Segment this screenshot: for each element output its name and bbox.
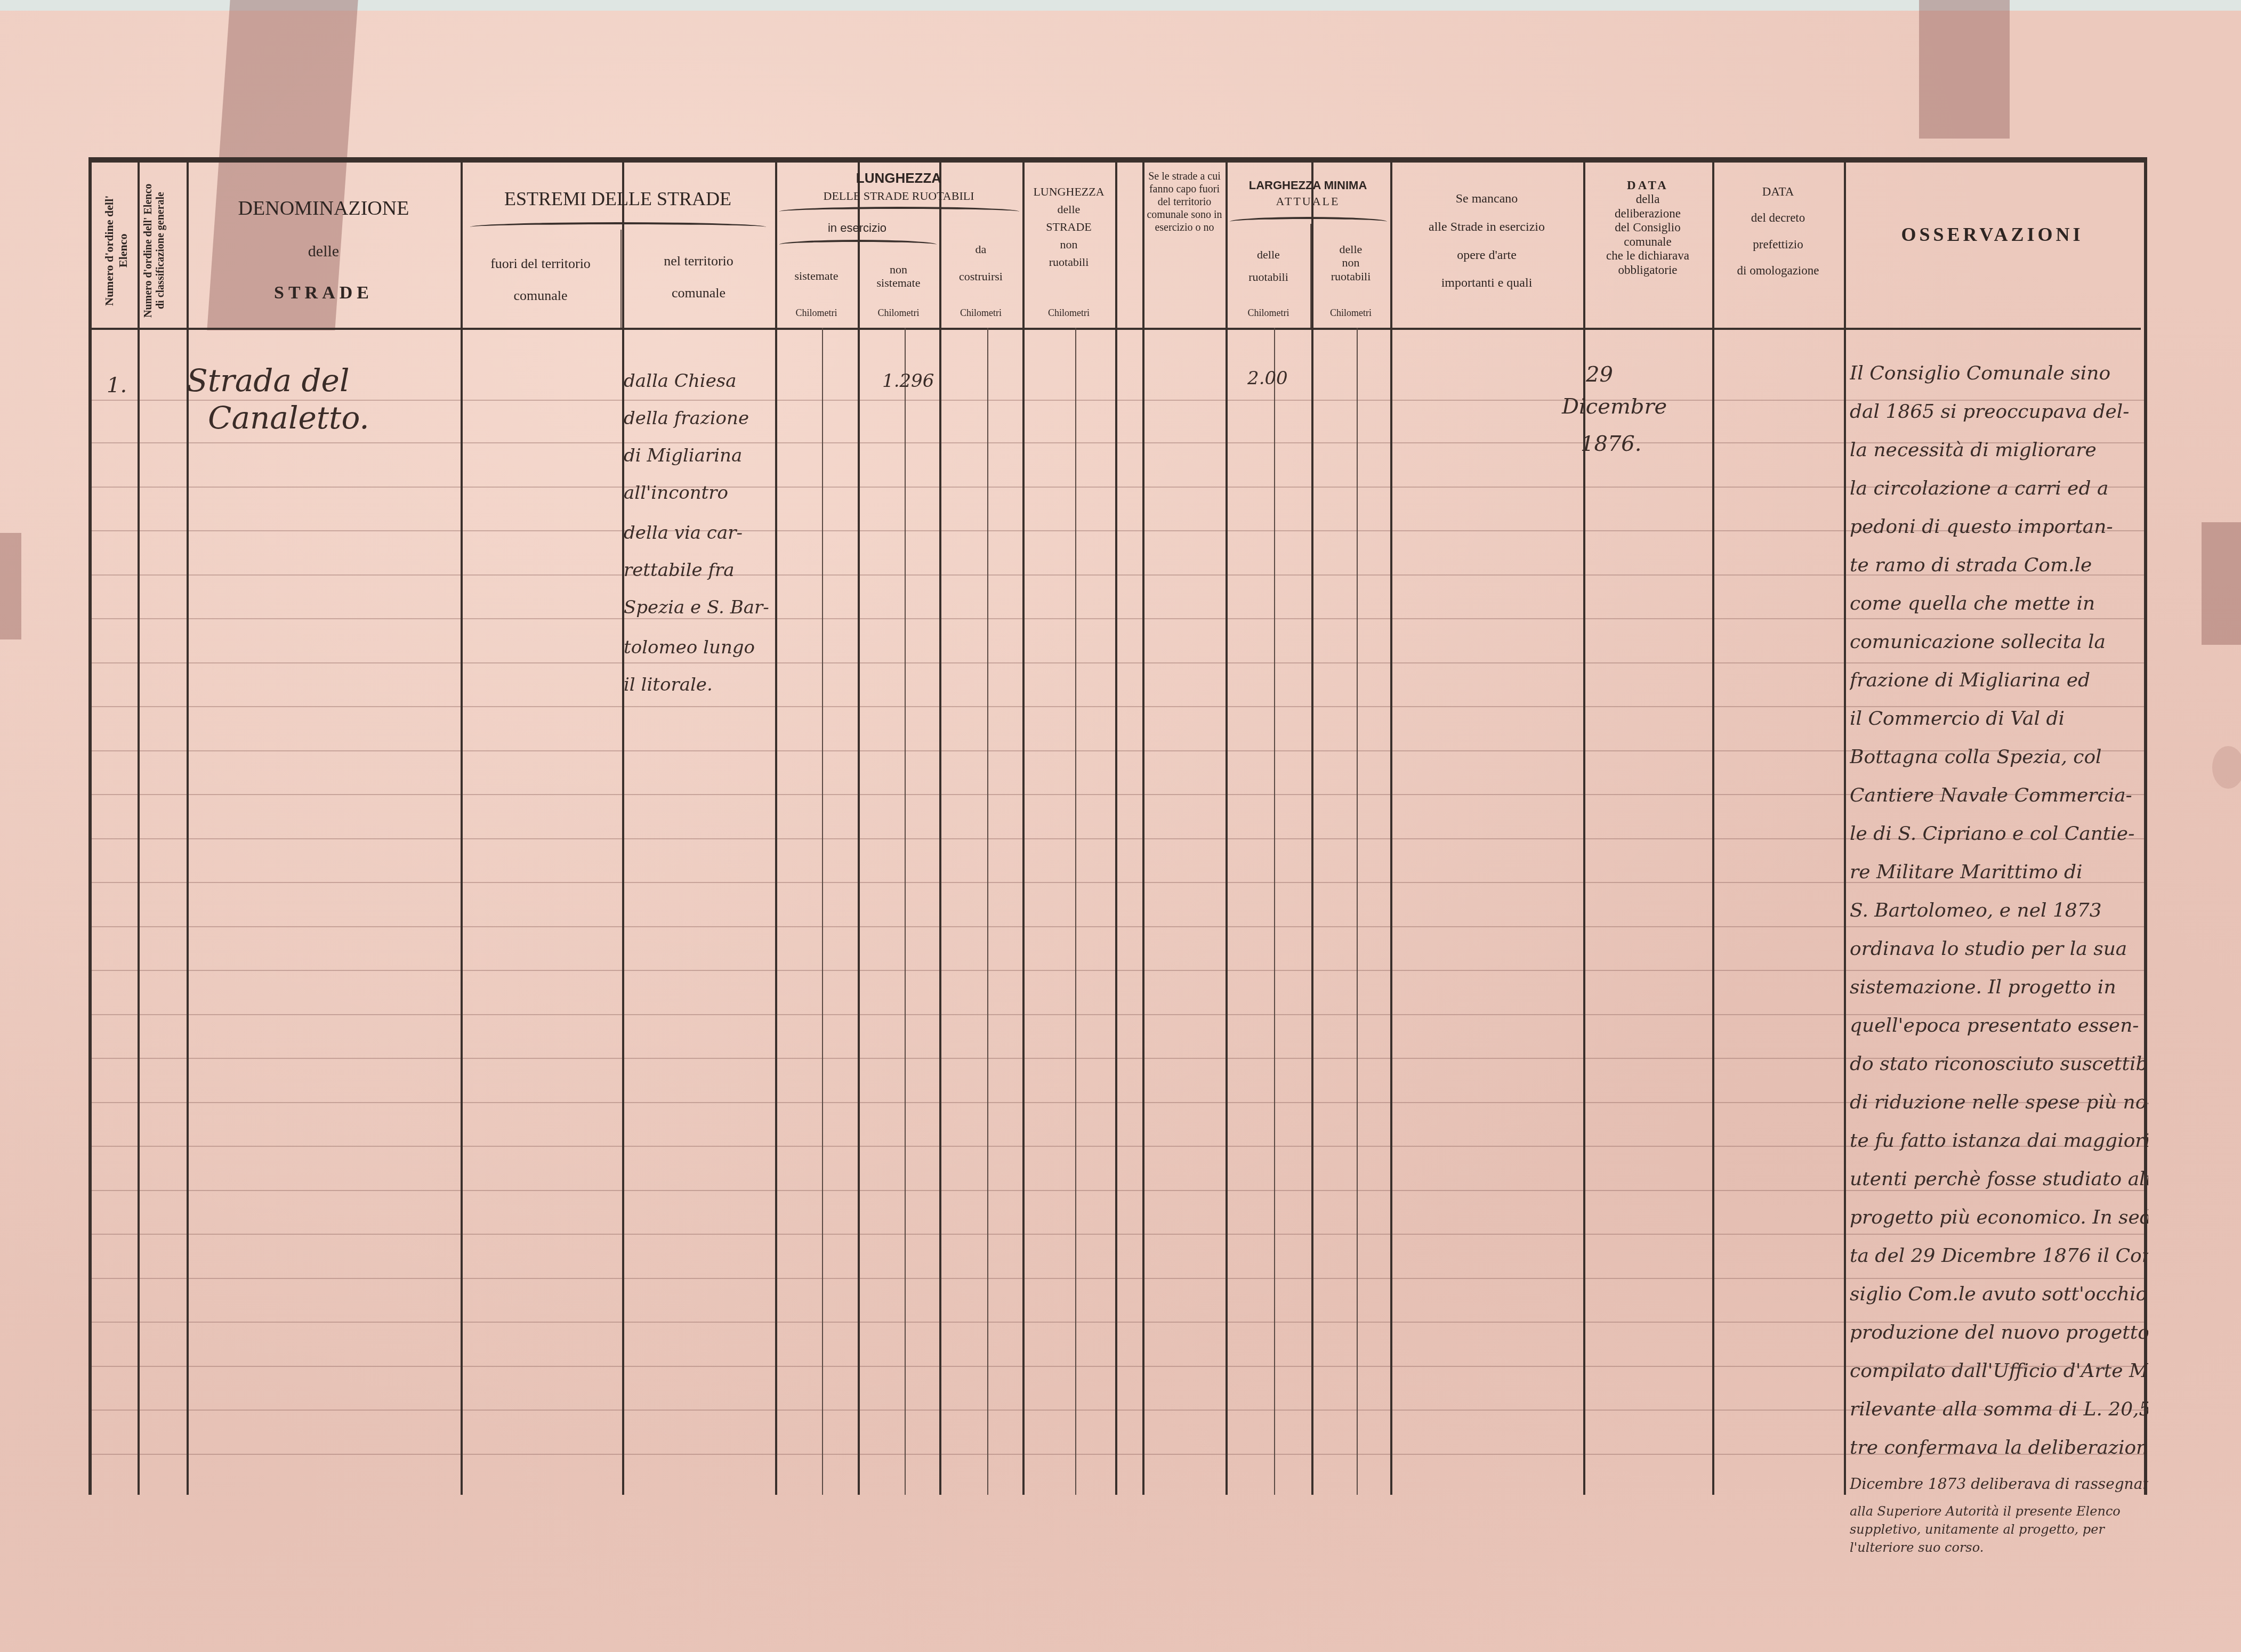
row-1-osservazioni-line: rilevante alla somma di L. 20,500 - non- [1850, 1398, 2148, 1420]
row-1-osservazioni-line: Bottagna colla Spezia, col [1850, 746, 2148, 768]
header-osservazioni: OSSERVAZIONI [1844, 224, 2141, 246]
row-1-osservazioni-line: dal 1865 si preoccupava del- [1850, 401, 2148, 423]
row-1-data-deliberazione-month: Dicembre [1562, 394, 1667, 419]
row-1-estremi-nel-line-2: della frazione [624, 408, 749, 429]
header-in-esercizio: in esercizio [775, 221, 939, 234]
row-1-osservazioni-line: te ramo di strada Com.le [1850, 554, 2148, 576]
row-1-estremi-nel-line-9: il litorale. [624, 674, 713, 695]
road-register-table: Numero d'ordine dell' Elenco Numero d'or… [88, 157, 2147, 1495]
row-1-estremi-nel-line-7: Spezia e S. Bar- [624, 597, 769, 618]
header-da-costruirsi: dacostruirsi [939, 242, 1022, 283]
stain [2212, 746, 2241, 789]
header-lunghezza-sub: DELLE STRADE RUOTABILI [775, 189, 1022, 203]
header-lunghezza-non-ruotabili: LUNGHEZZAdelleSTRADEnonruotabili [1022, 183, 1115, 271]
row-1-osservazioni-line: te fu fatto istanza dai maggiori [1850, 1130, 2148, 1152]
row-1-osservazioni-line: sistemazione. Il progetto in [1850, 976, 2148, 998]
header-unit-da-costruirsi: Chilometri [939, 307, 1022, 319]
row-1-osservazioni-line: come quella che mette in [1850, 593, 2148, 614]
row-1-osservazioni-line: Dicembre 1873 deliberava di rassegnare [1850, 1475, 2148, 1493]
row-1-osservazioni-line: la circolazione a carri ed a [1850, 477, 2148, 499]
row-1-osservazioni-line: tre confermava la deliberazione 12 [1850, 1437, 2148, 1459]
header-unit-larghezza-non-ruotabili: Chilometri [1311, 307, 1390, 319]
row-1-estremi-nel-line-6: rettabile fra [624, 560, 735, 581]
header-strade: STRADE [187, 282, 461, 303]
header-numero-ordine: Numero d'ordine dell' Elenco [102, 179, 129, 322]
row-1-osservazioni-line: siglio Com.le avuto sott'occhio la [1850, 1283, 2148, 1305]
header-larghezza-sub: ATTUALE [1226, 195, 1390, 208]
row-1-estremi-nel-line-5: della via car- [624, 522, 743, 544]
row-1-estremi-nel-line-3: di Migliarina [624, 445, 742, 466]
tape-right-edge [2202, 522, 2241, 645]
header-delle-ruotabili: delleruotabili [1226, 244, 1311, 288]
row-1-osservazioni-line: l'ulteriore suo corso. [1850, 1540, 2148, 1555]
row-1-osservazioni-line: do stato riconosciuto suscettibile [1850, 1053, 2148, 1075]
row-1-osservazioni-line: produzione del nuovo progetto [1850, 1322, 2148, 1343]
header-unit-larghezza-ruotabili: Chilometri [1226, 307, 1311, 319]
row-1-larghezza-ruotabili: 2.00 [1247, 368, 1288, 389]
row-1-osservazioni-line: ordinava lo studio per la sua [1850, 938, 2148, 960]
row-1-osservazioni-line: utenti perchè fosse studiato altro [1850, 1168, 2148, 1190]
header-denominazione: DENOMINAZIONE [187, 197, 461, 221]
row-1-osservazioni-line: il Commercio di Val di [1850, 708, 2148, 730]
row-1-osservazioni-line: la necessità di migliorare [1850, 439, 2148, 461]
tape-right [1919, 0, 2010, 139]
row-1-osservazioni-line: le di S. Cipriano e col Cantie- [1850, 823, 2148, 845]
header-data-deliberazione: DATAdelladeliberazionedel Consigliocomun… [1583, 179, 1712, 277]
row-1-estremi-nel-line-8: tolomeo lungo [624, 637, 755, 658]
row-1-osservazioni-line: progetto più economico. In sedu- [1850, 1206, 2148, 1228]
header-delle-non-ruotabili: dellenonruotabili [1311, 242, 1390, 283]
row-1-data-deliberazione-year: 1876. [1581, 432, 1642, 456]
header-unit-sistemate: Chilometri [775, 307, 858, 319]
header-non-sistemate: nonsistemate [858, 263, 939, 290]
header-larghezza: LARGHEZZA MINIMA [1226, 179, 1390, 192]
row-1-osservazioni-line: Il Consiglio Comunale sino [1850, 362, 2148, 384]
row-1-osservazioni-line: alla Superiore Autorità il presente Elen… [1850, 1504, 2148, 1519]
row-1-denominazione-line-2: Canaletto. [208, 400, 369, 436]
header-se-le-strade: Se le strade a cui fanno capo fuori del … [1144, 170, 1224, 234]
row-1-osservazioni-line: Cantiere Navale Commercia- [1850, 784, 2148, 806]
row-1-osservazioni-line: pedoni di questo importan- [1850, 516, 2148, 538]
header-lunghezza: LUNGHEZZA [775, 171, 1022, 187]
row-1-osservazioni-line: comunicazione sollecita la [1850, 631, 2148, 653]
row-1-lunghezza-non-sistemate: 1.296 [882, 370, 934, 392]
header-delle: delle [187, 242, 461, 261]
header-unit-non-ruotabili: Chilometri [1022, 307, 1115, 319]
header-estremi-fuori: fuori del territoriocomunale [461, 256, 620, 304]
row-1-osservazioni-line: di riduzione nelle spese più no- [1850, 1091, 2148, 1113]
row-1-osservazioni-line: suppletivo, unitamente al progetto, per [1850, 1522, 2148, 1537]
header-estremi-nel: nel territoriocomunale [622, 253, 775, 301]
header-estremi: ESTREMI DELLE STRADE [461, 188, 775, 210]
header-se-mancano: Se mancanoalle Strade in esercizioopere … [1390, 185, 1583, 297]
row-1-estremi-nel-line-1: dalla Chiesa [624, 370, 737, 392]
row-1-osservazioni-line: ta del 29 Dicembre 1876 il Con- [1850, 1245, 2148, 1267]
row-1-osservazioni-line: frazione di Migliarina ed [1850, 669, 2148, 691]
row-1-denominazione-line-1: Strada del [187, 362, 350, 399]
row-1-estremi-nel-line-4: all'incontro [624, 482, 728, 504]
header-unit-non-sistemate: Chilometri [858, 307, 939, 319]
row-1-osservazioni-line: compilato dall'Ufficio d'Arte M.le e [1850, 1360, 2148, 1382]
row-1-osservazioni-line: quell'epoca presentato essen- [1850, 1015, 2148, 1036]
header-sistemate: sistemate [775, 269, 858, 282]
row-1-data-deliberazione-day: 29 [1586, 362, 1613, 387]
row-1-osservazioni-line: S. Bartolomeo, e nel 1873 [1850, 900, 2148, 921]
row-1-numero: 1. [107, 373, 127, 398]
header-numero-classificazione: Numero d'ordine dell' Elenco di classifi… [142, 179, 184, 322]
row-1-osservazioni-line: re Militare Marittimo di [1850, 861, 2148, 883]
tape-left-edge [0, 533, 21, 639]
header-data-decreto: DATAdel decretoprefettiziodi omologazion… [1712, 179, 1844, 284]
